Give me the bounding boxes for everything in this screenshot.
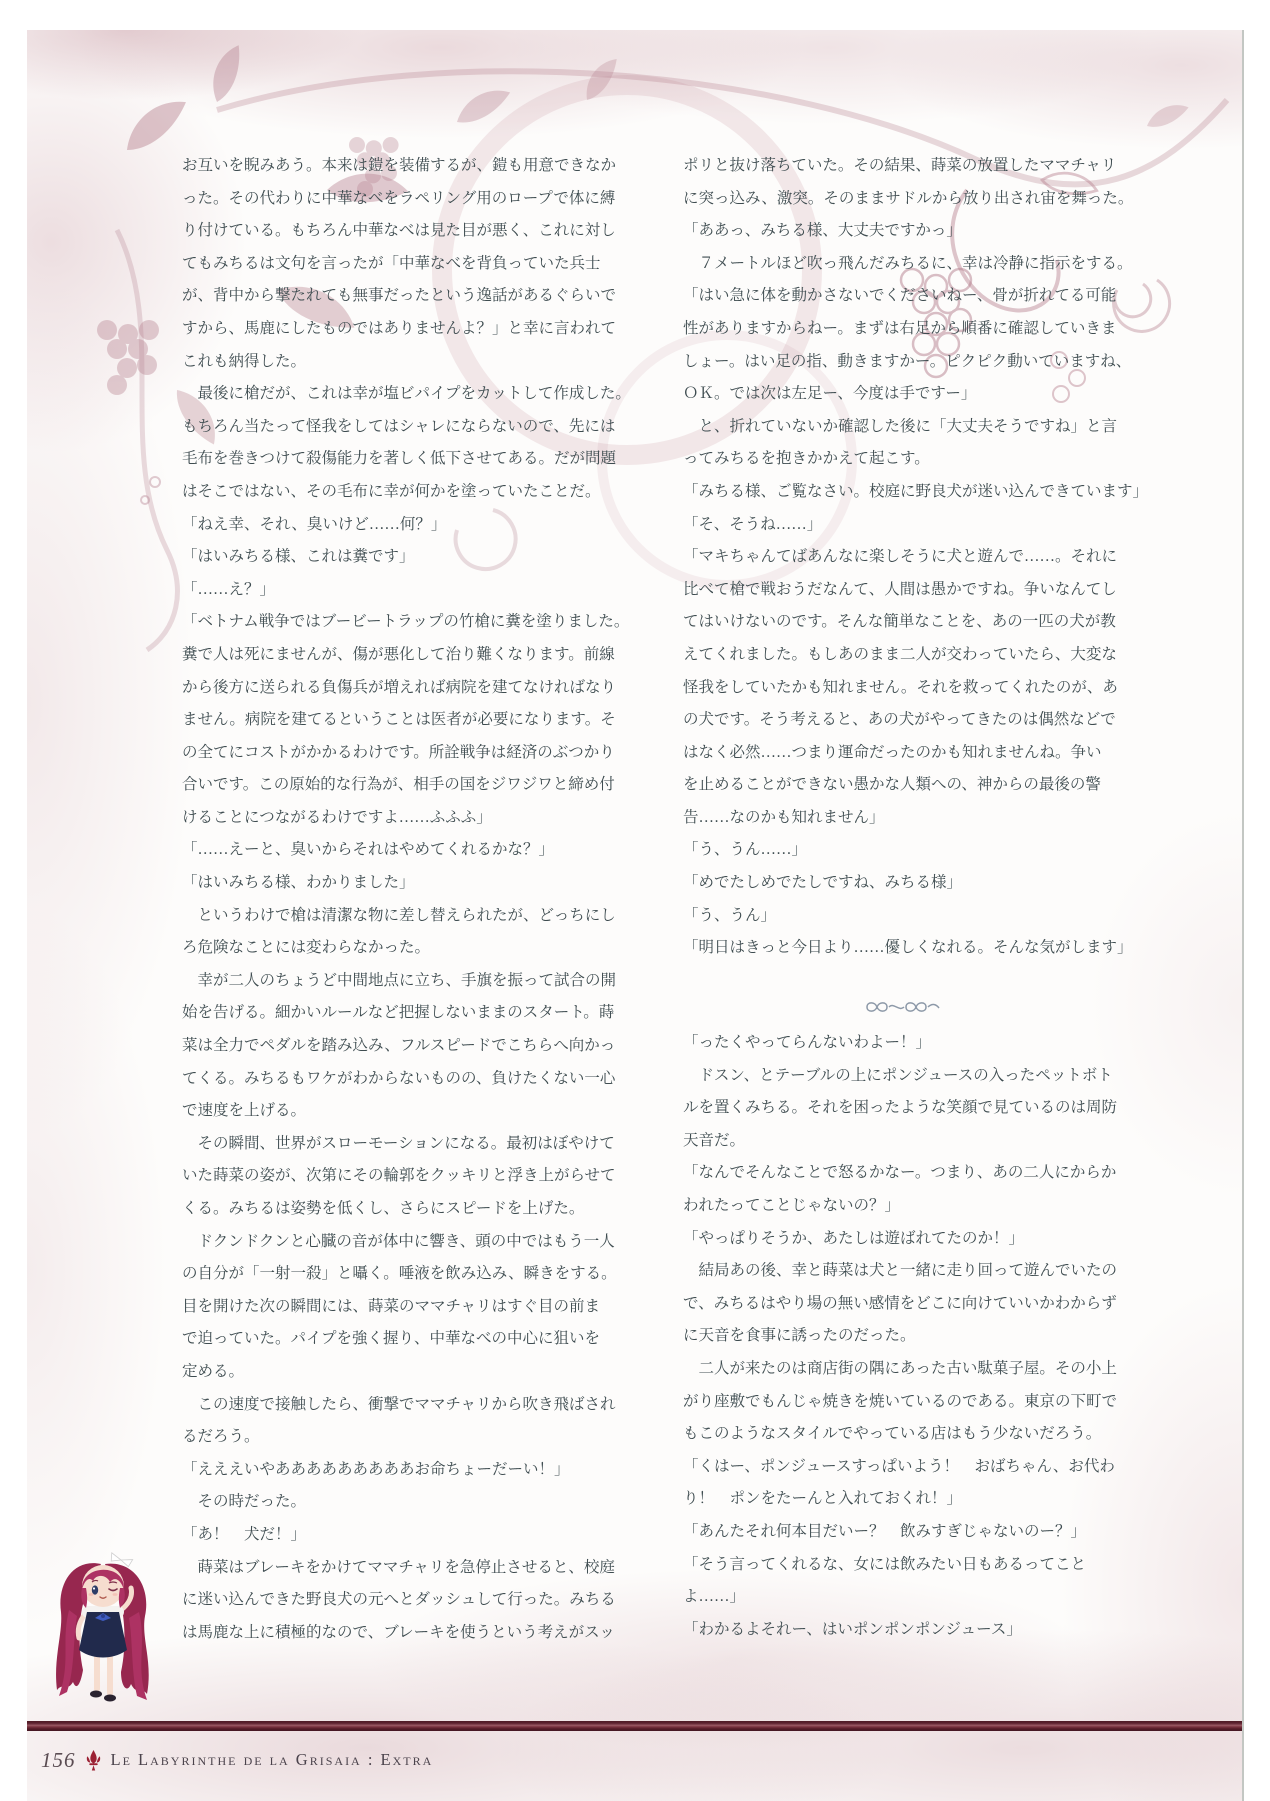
text-line: 「はいみちる様、わかりました」 (182, 867, 634, 900)
text-line: と、折れていないか確認した後に「大丈夫そうですね」と言 (683, 411, 1135, 444)
text-line: 定める。 (182, 1356, 634, 1389)
text-line: 「ああっ、みちる様、大丈夫ですかっ」 (683, 215, 1135, 248)
text-line: お互いを睨みあう。本来は鎧を装備するが、鎧も用意できなか (182, 150, 634, 183)
text-line: 始を告げる。細かいルールなど把握しないままのスタート。蒔 (182, 997, 634, 1030)
text-line: ドクンドクンと心臓の音が体中に響き、頭の中ではもう一人 (182, 1226, 634, 1259)
chibi-character-illustration (47, 1550, 162, 1715)
text-line: ドスン、とテーブルの上にポンジュースの入ったペットボト (683, 1060, 1135, 1093)
text-line: 「あんたそれ何本目だいー？ 飲みすぎじゃないのー？」 (683, 1516, 1135, 1549)
text-line: るだろう。 (182, 1421, 634, 1454)
text-line: 「明日はきっと今日より……優しくなれる。そんな気がします」 (683, 932, 1135, 965)
text-line: ろ危険なことには変わらなかった。 (182, 932, 634, 965)
text-line: ません。病院を建てるということは医者が必要になります。そ (182, 704, 634, 737)
footer: 156 Le Labyrinthe de la Grisaia : Extra (41, 1742, 433, 1778)
text-line: しょー。はい足の指、動きますかー。ピクピク動いていますね、 (683, 346, 1135, 379)
fleur-de-lis-icon (86, 1750, 101, 1771)
text-line: ７メートルほど吹っ飛んだみちるに、幸は冷静に指示をする。 (683, 248, 1135, 281)
text-line: 幸が二人のちょうど中間地点に立ち、手旗を振って試合の開 (182, 965, 634, 998)
text-line: 性がありますからねー。まずは右足から順番に確認していきま (683, 313, 1135, 346)
page: お互いを睨みあう。本来は鎧を装備するが、鎧も用意できなかった。その代わりに中華な… (27, 30, 1244, 1801)
text-line: もこのようなスタイルでやっている店はもう少ないだろう。 (683, 1418, 1135, 1451)
text-line: が、背中から撃たれても無事だったという逸話があるぐらいで (182, 280, 634, 313)
text-line: 二人が来たのは商店街の隅にあった古い駄菓子屋。その小上 (683, 1353, 1135, 1386)
text-line: その時だった。 (182, 1486, 634, 1519)
text-line: 「めでたしめでたしですね、みちる様」 (683, 867, 1135, 900)
text-line: てもみちるは文句を言ったが「中華なべを背負っていた兵士 (182, 248, 634, 281)
page-number: 156 (41, 1748, 76, 1773)
text-line: けることにつながるわけですよ……ふふふ」 (182, 802, 634, 835)
text-line: 結局あの後、幸と蒔菜は犬と一緒に走り回って遊んでいたの (683, 1255, 1135, 1288)
text-line: 「……えーと、臭いからそれはやめてくれるかな？」 (182, 834, 634, 867)
text-line: 告……なのかも知れません」 (683, 802, 1135, 835)
text-line: この速度で接触したら、衝撃でママチャリから吹き飛ばされ (182, 1389, 634, 1422)
text-line: で、みちるはやり場の無い感情をどこに向けていいかわからず (683, 1288, 1135, 1321)
text-line: 「そ、そうね……」 (683, 509, 1135, 542)
text-line: 「そう言ってくれるな、女には飲みたい日もあるってこと (683, 1549, 1135, 1582)
text-line: というわけで槍は清潔な物に差し替えられたが、どっちにし (182, 900, 634, 933)
text-line: てくる。みちるもワケがわからないものの、負けたくない一心 (182, 1063, 634, 1096)
text-line: に迷い込んできた野良犬の元へとダッシュして行った。みちる (182, 1584, 634, 1617)
flourish-ornament (683, 994, 1123, 1020)
text-line: は馬鹿な上に積極的なので、ブレーキを使うという考えがスッ (182, 1617, 634, 1650)
text-line: 「ベトナム戦争ではブービートラップの竹槍に糞を塗りました。 (182, 606, 634, 639)
text-line: り！ ポンをたーんと入れておくれ！」 (683, 1483, 1135, 1516)
book-title: Le Labyrinthe de la Grisaia : Extra (111, 1750, 434, 1770)
text-line: くる。みちるは姿勢を低くし、さらにスピードを上げた。 (182, 1193, 634, 1226)
text-line: 「はいみちる様、これは糞です」 (182, 541, 634, 574)
text-line: 「みちる様、ご覧なさい。校庭に野良犬が迷い込んできています」 (683, 476, 1135, 509)
text-line: よ……」 (683, 1581, 1135, 1614)
text-line: ってみちるを抱きかかえて起こす。 (683, 443, 1135, 476)
text-line: で迫っていた。パイプを強く握り、中華なべの中心に狙いを (182, 1323, 634, 1356)
footer-rule (27, 1721, 1242, 1731)
text-line: の自分が「一射一殺」と囁く。唾液を飲み込み、瞬きをする。 (182, 1258, 634, 1291)
text-line: 目を開けた次の瞬間には、蒔菜のママチャリはすぐ目の前ま (182, 1291, 634, 1324)
text-line: ポリと抜け落ちていた。その結果、蒔菜の放置したママチャリ (683, 150, 1135, 183)
text-line: 天音だ。 (683, 1125, 1135, 1158)
text-line: の犬です。そう考えると、あの犬がやってきたのは偶然などで (683, 704, 1135, 737)
text-line: 比べて槍で戦おうだなんて、人間は愚かですね。争いなんてし (683, 574, 1135, 607)
text-line: 「う、うん……」 (683, 834, 1135, 867)
text-line: った。その代わりに中華なべをラペリング用のロープで体に縛 (182, 183, 634, 216)
text-line: り付けている。もちろん中華なべは見た目が悪く、これに対し (182, 215, 634, 248)
book-page-scan: お互いを睨みあう。本来は鎧を装備するが、鎧も用意できなかった。その代わりに中華な… (0, 0, 1270, 1801)
text-line: 「わかるよそれー、はいポンポンポンジュース」 (683, 1614, 1135, 1647)
text-line: その瞬間、世界がスローモーションになる。最初はぼやけて (182, 1128, 634, 1161)
text-line: 「マキちゃんてばあんなに楽しそうに犬と遊んで……。それに (683, 541, 1135, 574)
text-line: 「えええいやあああああああああお命ちょーだーい！」 (182, 1454, 634, 1487)
text-line: 糞で人は死にませんが、傷が悪化して治り難くなります。前線 (182, 639, 634, 672)
text-line: 蒔菜はブレーキをかけてママチャリを急停止させると、校庭 (182, 1552, 634, 1585)
text-line: がり座敷でもんじゃ焼きを焼いているのである。東京の下町で (683, 1386, 1135, 1419)
right-text-column-part1: ポリと抜け落ちていた。その結果、蒔菜の放置したママチャリに突っ込み、激突。そのま… (683, 150, 1135, 965)
text-line: 「う、うん」 (683, 900, 1135, 933)
text-line: ＯＫ。では次は左足ー、今度は手ですー」 (683, 378, 1135, 411)
left-text-column: お互いを睨みあう。本来は鎧を装備するが、鎧も用意できなかった。その代わりに中華な… (182, 150, 634, 1649)
text-line: 怪我をしていたかも知れません。それを救ってくれたのが、あ (683, 672, 1135, 705)
text-line: 「なんでそんなことで怒るかなー。つまり、あの二人にからか (683, 1157, 1135, 1190)
text-line: はなく必然……つまり運命だったのかも知れませんね。争い (683, 737, 1135, 770)
text-line: ルを置くみちる。それを困ったような笑顔で見ているのは周防 (683, 1092, 1135, 1125)
text-line: 「ったくやってらんないわよー！」 (683, 1027, 1135, 1060)
text-line: を止めることができない愚かな人類への、神からの最後の警 (683, 769, 1135, 802)
text-line: てはいけないのです。そんな簡単なことを、あの一匹の犬が教 (683, 606, 1135, 639)
flourish-ornament-icon (864, 997, 942, 1017)
text-line: 最後に槍だが、これは幸が塩ビパイプをカットして作成した。 (182, 378, 634, 411)
text-line: に突っ込み、激突。そのままサドルから放り出され宙を舞った。 (683, 183, 1135, 216)
text-line: もちろん当たって怪我をしてはシャレにならないので、先には (182, 411, 634, 444)
text-line: すから、馬鹿にしたものではありませんよ？」と幸に言われて (182, 313, 634, 346)
text-line: 「あ！ 犬だ！」 (182, 1519, 634, 1552)
right-text-column-part2: 「ったくやってらんないわよー！」 ドスン、とテーブルの上にポンジュースの入ったペ… (683, 1027, 1135, 1646)
text-line: いた蒔菜の姿が、次第にその輪郭をクッキリと浮き上がらせて (182, 1160, 634, 1193)
text-line: 菜は全力でペダルを踏み込み、フルスピードでこちらへ向かっ (182, 1030, 634, 1063)
text-line: で速度を上げる。 (182, 1095, 634, 1128)
text-line: えてくれました。もしあのまま二人が交わっていたら、大変な (683, 639, 1135, 672)
text-line: に天音を食事に誘ったのだった。 (683, 1320, 1135, 1353)
text-line: 合いです。この原始的な行為が、相手の国をジワジワと締め付 (182, 769, 634, 802)
text-line: これも納得した。 (182, 346, 634, 379)
text-line: 「ねえ幸、それ、臭いけど……何？」 (182, 509, 634, 542)
text-line: はそこではない、その毛布に幸が何かを塗っていたことだ。 (182, 476, 634, 509)
text-line: われたってことじゃないの？」 (683, 1190, 1135, 1223)
text-line: 「くはー、ポンジュースすっぱいよう！ おばちゃん、お代わ (683, 1451, 1135, 1484)
text-line: 「やっぱりそうか、あたしは遊ばれてたのか！」 (683, 1223, 1135, 1256)
text-line: 毛布を巻きつけて殺傷能力を著しく低下させてある。だが問題 (182, 443, 634, 476)
text-line: 「……え？」 (182, 574, 634, 607)
text-line: から後方に送られる負傷兵が増えれば病院を建てなければなり (182, 672, 634, 705)
text-line: の全てにコストがかかるわけです。所詮戦争は経済のぶつかり (182, 737, 634, 770)
text-line: 「はい急に体を動かさないでくださいねー、骨が折れてる可能 (683, 280, 1135, 313)
